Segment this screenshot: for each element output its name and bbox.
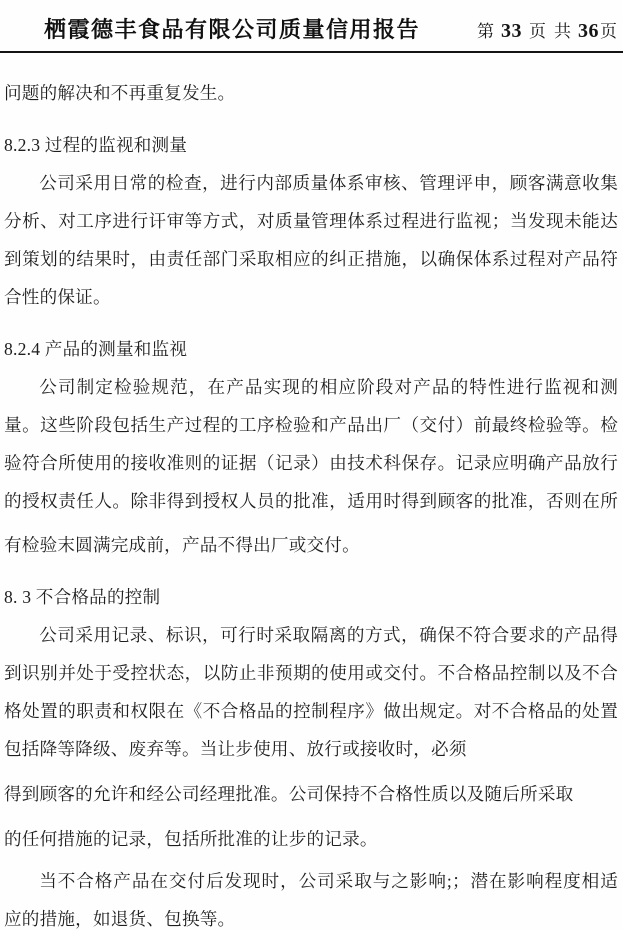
- text-line: 公司制定检验规范，在产品实现的相应阶段对产品的特性进行监视和测: [4, 368, 618, 406]
- section-heading-8-3: 8. 3 不合格品的控制: [4, 578, 618, 616]
- page-label-prefix: 第: [477, 22, 494, 41]
- text-line: 的授权责任人。除非得到授权人员的批准，适用时得到顾客的批准，否则在所: [4, 482, 618, 520]
- text-line: 公司采用记录、标识，可行时采取隔离的方式，确保不符合要求的产品得: [4, 616, 618, 654]
- document-title: 栖霞德丰食品有限公司质量信用报告: [44, 13, 420, 44]
- text-line: 分析、对工序进行讦审等方式，对质量管理体系过程进行监视；当发现未能达: [4, 202, 618, 240]
- text-line: 合性的保证。: [4, 278, 618, 316]
- text-line: 到策划的结果时，由责任部门采取相应的纠正措施，以确保体系过程对产品符: [4, 240, 618, 278]
- total-page-number: 36: [578, 20, 599, 42]
- page-header: 栖霞德丰食品有限公司质量信用报告 第33页共36页: [0, 0, 623, 51]
- text-line: 有检验末圆满完成前，产品不得出厂或交付。: [4, 526, 618, 564]
- report-page: 栖霞德丰食品有限公司质量信用报告 第33页共36页 问题的解决和不再重复发生。 …: [0, 0, 623, 930]
- page-label-unit-2: 页: [600, 22, 617, 41]
- text-line: 应的措施，如退货、包换等。: [4, 900, 618, 930]
- text-line: 问题的解决和不再重复发生。: [4, 74, 618, 112]
- text-line: 包括降等降级、废弃等。当让步使用、放行或接收时，必须: [4, 730, 618, 768]
- text-line: 公司采用日常的检查，进行内部质量体系审核、管理评申，顾客满意收集: [4, 164, 618, 202]
- text-line: 得到顾客的允许和经公司经理批准。公司保持不合格性质以及随后所采取: [4, 775, 618, 813]
- text-line: 格处置的职责和权限在《不合格品的控制程序》做出规定。对不合格品的处置: [4, 692, 618, 730]
- section-heading-8-2-3: 8.2.3 过程的监视和测量: [4, 126, 618, 164]
- text-line: 验符合所使用的接收准则的证据（记录）由技术科保存。记录应明确产品放行: [4, 444, 618, 482]
- current-page-number: 33: [501, 20, 522, 42]
- page-label-unit: 页: [529, 22, 546, 41]
- section-heading-8-2-4: 8.2.4 产品的测量和监视: [4, 330, 618, 368]
- page-label-conj: 共: [554, 22, 571, 41]
- document-body: 问题的解决和不再重复发生。 8.2.3 过程的监视和测量 公司采用日常的检查，进…: [0, 53, 623, 930]
- text-line: 当不合格产品在交付后发现时，公司采取与之影响;；潜在影响程度相适: [4, 862, 618, 900]
- text-line: 的任何措施的记录，包括所批准的让步的记录。: [4, 820, 618, 858]
- text-line: 到识别并处于受控状态，以防止非预期的使用或交付。不合格品控制以及不合: [4, 654, 618, 692]
- page-number-indicator: 第33页共36页: [473, 17, 617, 43]
- text-line: 量。这些阶段包括生产过程的工序检验和产品出厂（交付）前最终检验等。检: [4, 406, 618, 444]
